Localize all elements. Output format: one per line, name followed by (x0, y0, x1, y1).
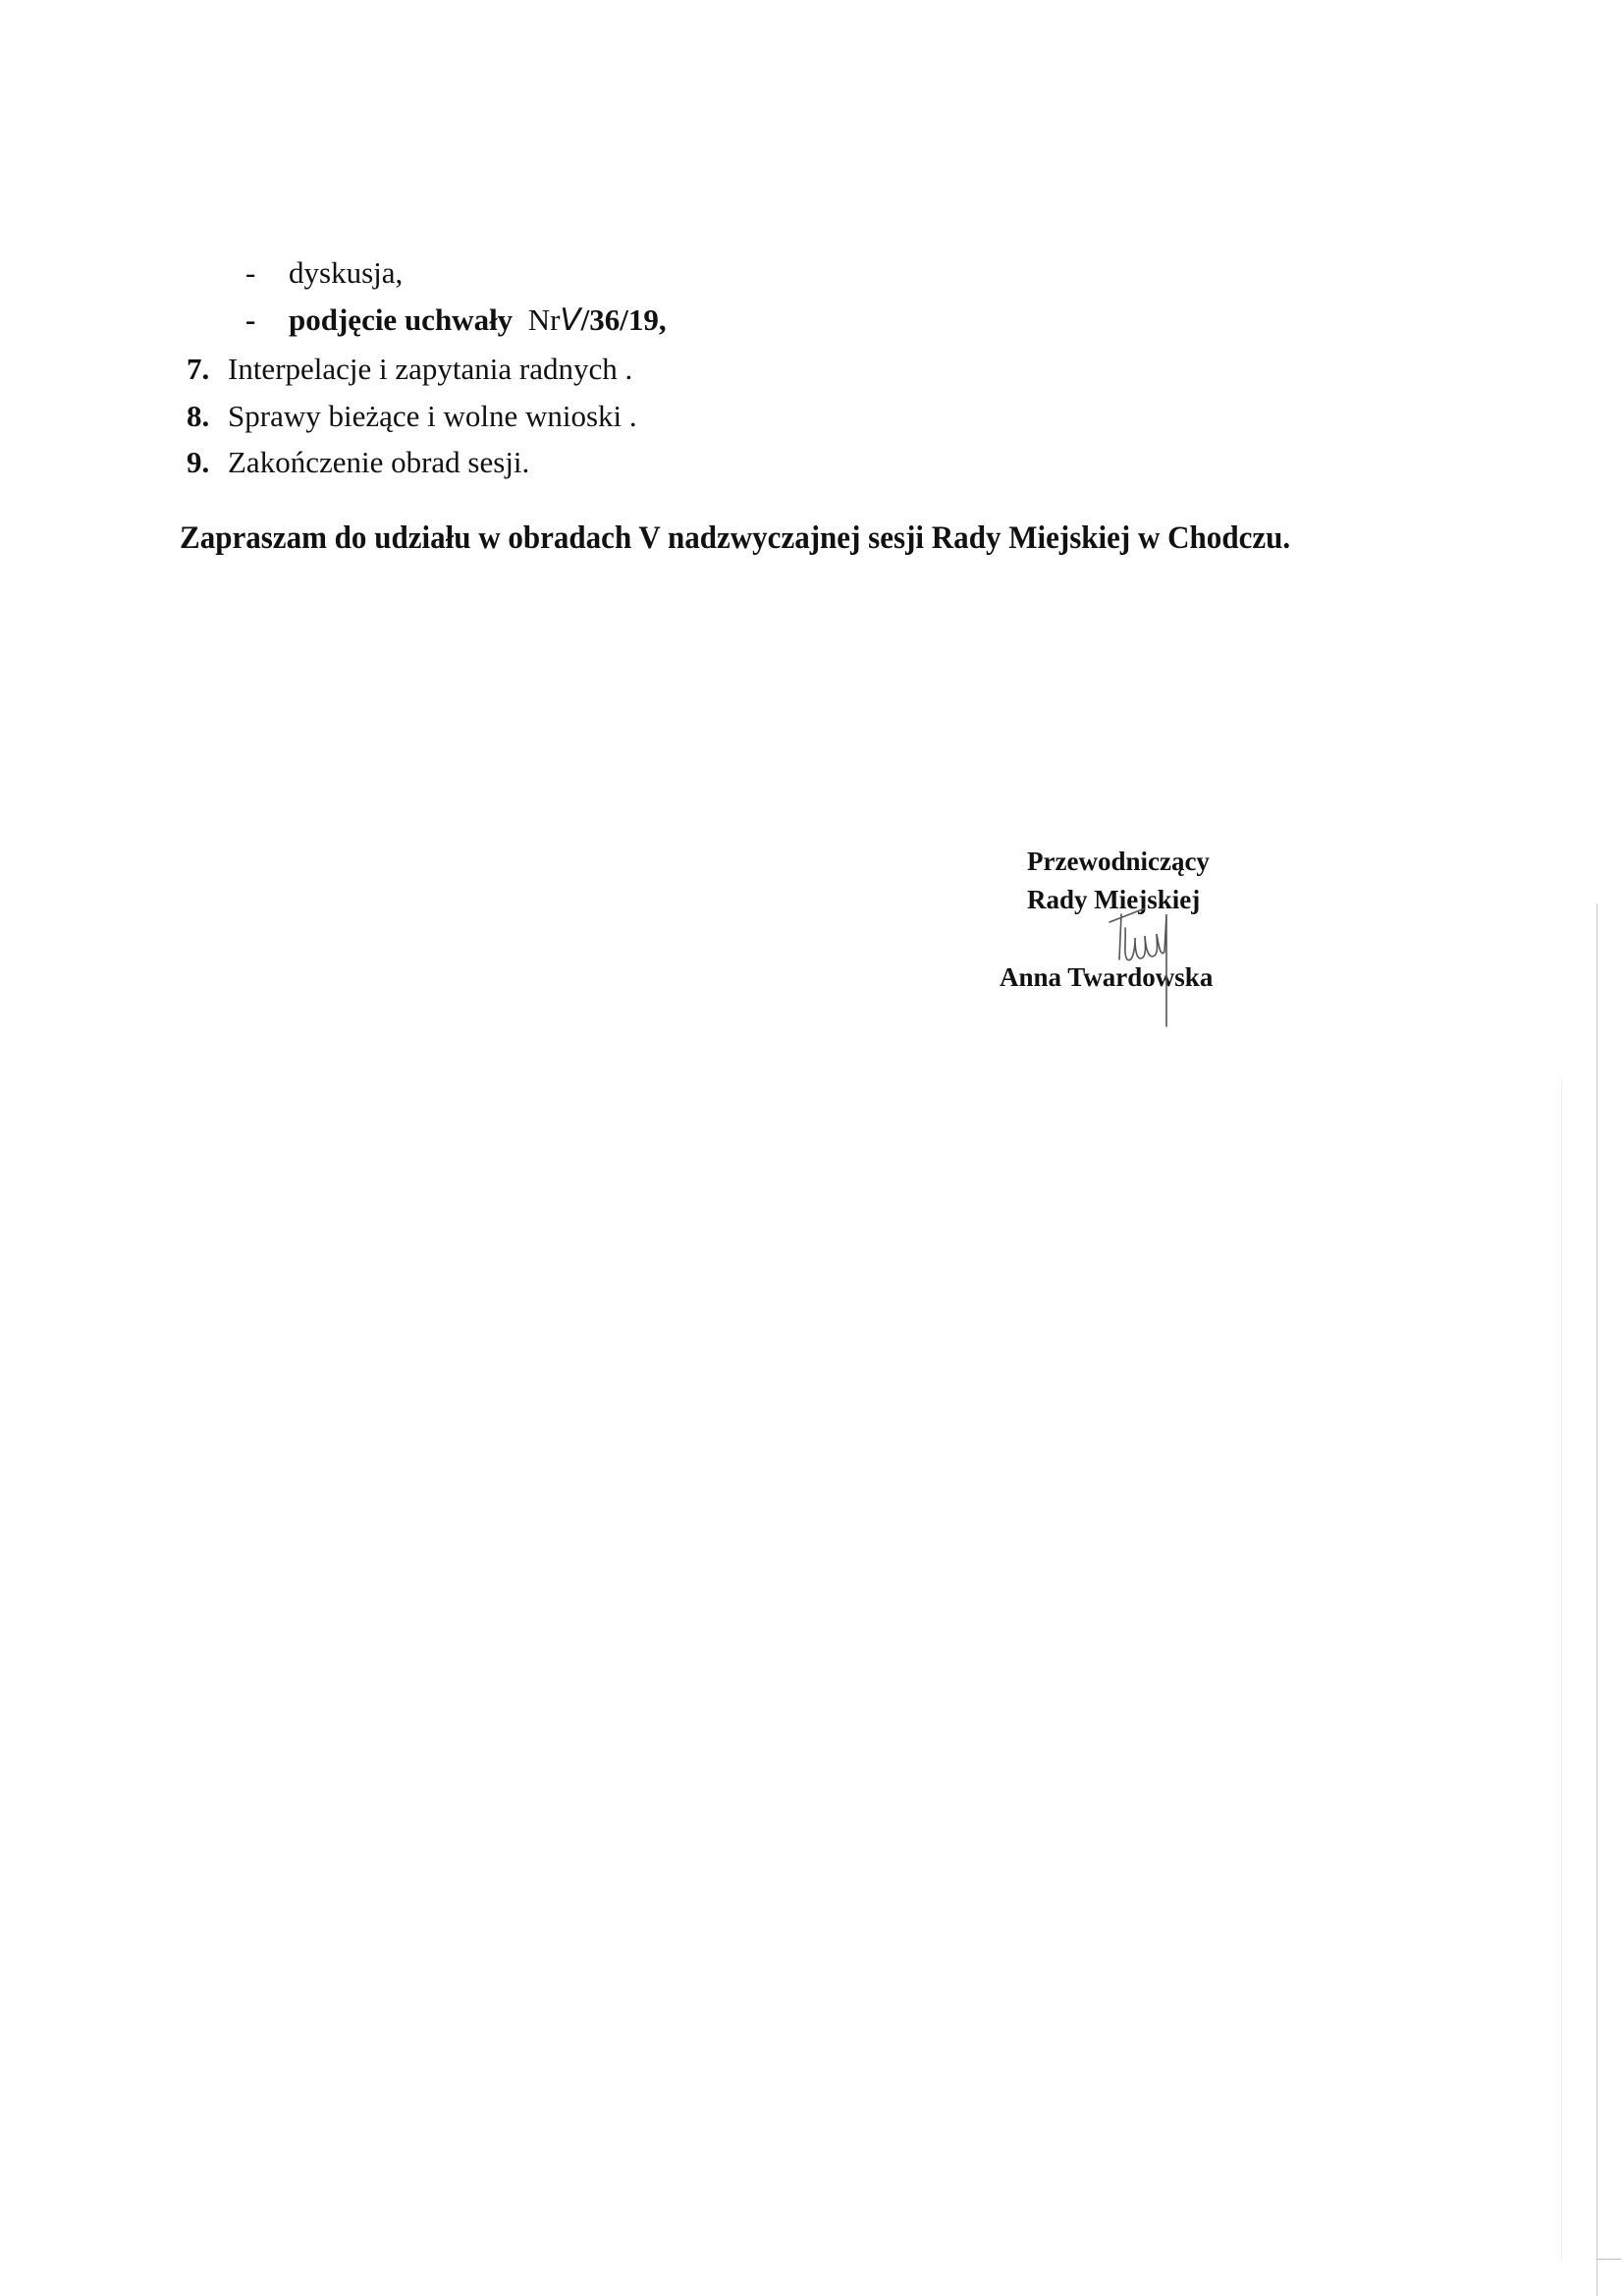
item-number: 9. (187, 447, 228, 477)
item-text: Interpelacje i zapytania radnych . (228, 352, 632, 386)
scan-edge-line (1597, 903, 1597, 2296)
item-number: 7. (187, 354, 228, 384)
agenda-subitem-discussion: -dyskusja, (245, 257, 403, 288)
bullet-dash: - (245, 304, 289, 335)
handwritten-signature-icon (1100, 908, 1218, 1036)
agenda-item-7: 7.Interpelacje i zapytania radnych . (187, 354, 632, 384)
item-text: Zakończenie obrad sesji. (228, 445, 529, 479)
agenda-subitem-resolution: -podjęcie uchwały NrV/36/19, (245, 304, 667, 336)
item-number: 8. (187, 401, 228, 431)
handwritten-roman-numeral: V (560, 302, 580, 338)
agenda-item-8: 8.Sprawy bieżące i wolne wnioski . (187, 401, 637, 431)
item-text: Sprawy bieżące i wolne wnioski . (228, 399, 637, 433)
resolution-ref-suffix: /36/19, (581, 302, 667, 337)
scan-edge-tick (1597, 2259, 1621, 2260)
resolution-ref-prefix: Nr (528, 302, 561, 337)
agenda-item-9: 9.Zakończenie obrad sesji. (187, 447, 529, 477)
invitation-text: Zapraszam do udziału w obradach V nadzwy… (180, 520, 1290, 557)
bullet-dash: - (245, 257, 289, 288)
document-page: -dyskusja, -podjęcie uchwały NrV/36/19, … (0, 0, 1624, 2296)
scan-edge-artifact (1561, 1080, 1562, 2259)
signature-title-line1: Przewodniczący (1027, 847, 1210, 877)
subitem-text: dyskusja, (289, 255, 403, 290)
subitem-text: podjęcie uchwały (289, 302, 513, 337)
